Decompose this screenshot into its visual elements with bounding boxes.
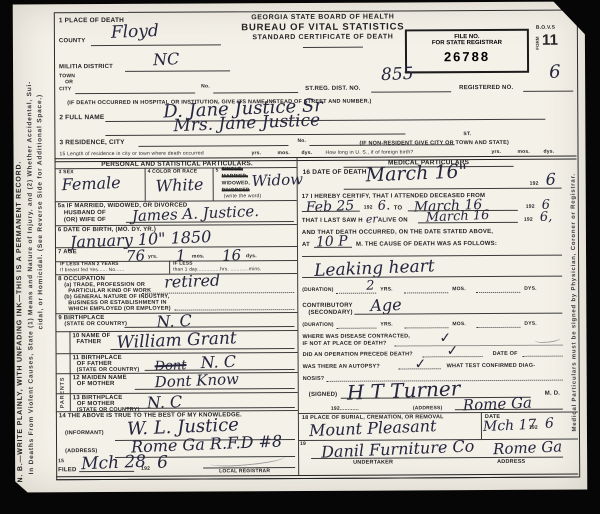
single-option: SINGLE,: [222, 167, 243, 173]
date-of-label: DATE OF: [493, 351, 518, 357]
alive-on-label: ALIVE ON: [378, 217, 408, 224]
color-marital-divider: [213, 167, 214, 200]
physician-signature: H T Turner: [346, 376, 460, 405]
mother-birthplace-value: N. C: [146, 392, 182, 412]
scan-corner-bottom-left: [0, 468, 52, 514]
full-name-label: 2 FULL NAME: [59, 114, 104, 122]
date-of-death-label: 16 DATE OF DEATH: [303, 169, 367, 177]
autopsy-line: [399, 368, 441, 369]
from-year-value: 6.: [377, 198, 390, 213]
married-option: MARRIED,: [222, 174, 248, 180]
name-of-father-label-2: FATHER: [76, 339, 101, 346]
duration1-yrs-dots: [336, 293, 376, 294]
residence-label: 3 RESIDENCE, CITY: [59, 139, 124, 147]
howlong-dys: dys.: [543, 150, 554, 156]
certificate-paper: N. B.—WRITE PLAINLY, WITH UNFADING INK—T…: [13, 2, 588, 493]
last-seen-year-value: 6,: [540, 209, 553, 224]
file-number-box: FILE NO. FOR STATE REGISTRAR 26788: [405, 29, 529, 74]
undertaker-item-number: 19: [300, 442, 306, 448]
burial-date-divider: [481, 412, 482, 439]
occupation-value: retired: [164, 270, 221, 291]
howlong-mos: mos.: [517, 150, 530, 156]
age-dys-label: dys.: [246, 254, 257, 260]
length-dys: dys.: [301, 151, 312, 157]
item5-number: 5: [216, 168, 219, 174]
duration2-label: (DURATION): [302, 323, 333, 329]
to-year-prefix: 192: [526, 205, 535, 211]
informant-label: (INFORMANT): [65, 430, 104, 437]
form-word-vertical: FORM: [535, 36, 540, 49]
sex-color-divider: [145, 168, 146, 201]
st-label: ST.: [463, 132, 471, 138]
what-test-label: WHAT TEST CONFIRMED DIAG-: [447, 363, 536, 370]
undertaker-address-value: Rome Ga: [493, 437, 563, 458]
time-line: [314, 247, 352, 248]
her-handwritten: er: [366, 212, 378, 225]
to-label: TO: [394, 205, 403, 212]
county-label: COUNTY: [59, 38, 86, 45]
county-value-handwritten: Floyd: [110, 21, 159, 43]
burial-year-value: 6: [545, 416, 555, 432]
widowed-option: WIDOWED,: [222, 181, 250, 187]
nonresident-note: (IF NON-RESIDENT GIVE CITY OR TOWN AND S…: [359, 140, 509, 147]
birthplace-state-country: (STATE OR COUNTRY): [64, 321, 127, 328]
birthplace-value: N. C: [156, 311, 192, 331]
city-label: CITY: [59, 87, 71, 93]
secondary-label: (SECONDARY): [308, 310, 352, 317]
howlong-yrs: yrs.: [491, 150, 501, 156]
autopsy-label: WAS THERE AN AUTOPSY?: [303, 364, 380, 371]
filed-year-prefix: 192: [141, 467, 150, 473]
no-label-2: No.: [297, 139, 306, 145]
filed-item-number: 15: [58, 459, 64, 465]
militia-district-value: NC: [153, 49, 180, 69]
scanned-death-certificate: N. B.—WRITE PLAINLY, WITH UNFADING INK—T…: [0, 0, 600, 514]
file-number-stamp: 26788: [407, 49, 527, 65]
date-of-death-value: March 16": [365, 160, 468, 186]
at-label: AT: [302, 242, 310, 249]
length-yrs: yrs.: [251, 151, 261, 157]
age-yrs-label: yrs.: [148, 255, 158, 261]
undertaker-label: UNDERTAKER: [353, 460, 393, 467]
marital-value: Widow: [251, 170, 303, 190]
or-label: OR: [65, 80, 73, 86]
duration2-yrs: YRS.: [380, 323, 393, 329]
duration1-mos: MOS.: [452, 287, 466, 293]
operation-date-line: [523, 356, 563, 357]
nosis-label: NOSIS?: [303, 376, 325, 382]
duration2-dys: DYS.: [524, 322, 537, 328]
sex-value: Female: [61, 173, 121, 194]
duration2-mos: MOS.: [452, 322, 466, 328]
margin-note-violent-causes: In Deaths From Violent Causes, State (1)…: [26, 81, 35, 475]
cause-of-death-label: M. THE CAUSE OF DEATH WAS AS FOLLOWS:: [356, 241, 497, 249]
autopsy-check-mark: ✓: [414, 356, 426, 372]
signed-label: (SIGNED): [309, 392, 338, 399]
filed-year-value: 6: [157, 453, 169, 473]
age-mos-label: mos.: [192, 255, 205, 261]
maiden-name-label-2: OF MOTHER: [77, 381, 115, 388]
age-years-value: 76: [126, 246, 146, 265]
color-race-value: White: [155, 175, 203, 196]
registered-no-value: 6: [549, 61, 561, 82]
or-wife-of-label: (OR) WIFE OF: [64, 217, 106, 224]
title-certificate: STANDARD CERTIFICATE OF DEATH: [208, 33, 438, 42]
state-reg-dist-label: ST.REG. DIST. NO.: [305, 86, 360, 93]
age-days-value: 16: [222, 246, 242, 265]
undertaker-address-label: ADDRESS: [497, 459, 525, 465]
operation-label: DID AN OPERATION PRECEDE DEATH?: [303, 351, 413, 358]
md-label: M. D.: [545, 391, 560, 398]
contributory-value: Age: [370, 295, 402, 315]
disease-contracted-label-1: WHERE WAS DISEASE CONTRACTED,: [302, 333, 410, 340]
for-state-registrar-label: FOR STATE REGISTRAR: [407, 40, 527, 47]
duration1-label: (DURATION): [302, 288, 333, 294]
length-mos: mos.: [277, 151, 290, 157]
duration1-yrs: YRS.: [380, 288, 393, 294]
duration2-yrs-dots: [336, 328, 376, 329]
militia-district-label: MILITIA DISTRICT: [59, 64, 113, 71]
physician-address-label: (ADDRESS): [413, 406, 443, 412]
burial-year-prefix: 192: [529, 426, 538, 432]
margin-note-reverse-side: cidal, or Homicidal. (See Reverse Side f…: [36, 94, 44, 329]
last-saw-label: THAT I LAST SAW H: [302, 218, 363, 225]
no-label-1: No.: [201, 84, 210, 90]
attended-from-value: Feb 25: [305, 198, 354, 216]
duration1-value: 2: [366, 278, 375, 293]
duration1-dys: DYS.: [524, 287, 537, 293]
if-less-label: IF LESS: [173, 262, 193, 268]
from-year-prefix: 192: [364, 206, 373, 212]
margin-note-permanent-record: N. B.—WRITE PLAINLY, WITH UNFADING INK—T…: [16, 161, 25, 483]
last-seen-year-prefix: 192: [524, 218, 533, 224]
registered-no-label: REGISTERED NO.: [459, 85, 513, 92]
dod-year-value: 6: [545, 169, 556, 188]
state-reg-dist-value: 855: [381, 64, 414, 85]
dod-year-prefix: 192: [530, 182, 539, 188]
scan-corner-top-right: [552, 0, 600, 50]
age-label: 7 AGE: [58, 249, 77, 256]
signed-year-blank: 192............: [331, 407, 359, 413]
filed-label: FILED: [58, 467, 76, 474]
if-less-2years-label: IF LESS THAN 2 YEARS: [60, 262, 119, 268]
disease-contracted-label-2: IF NOT AT PLACE OF DEATH?: [302, 341, 386, 348]
breast-fed-label: If breast fed Yes...... No......: [60, 268, 124, 274]
